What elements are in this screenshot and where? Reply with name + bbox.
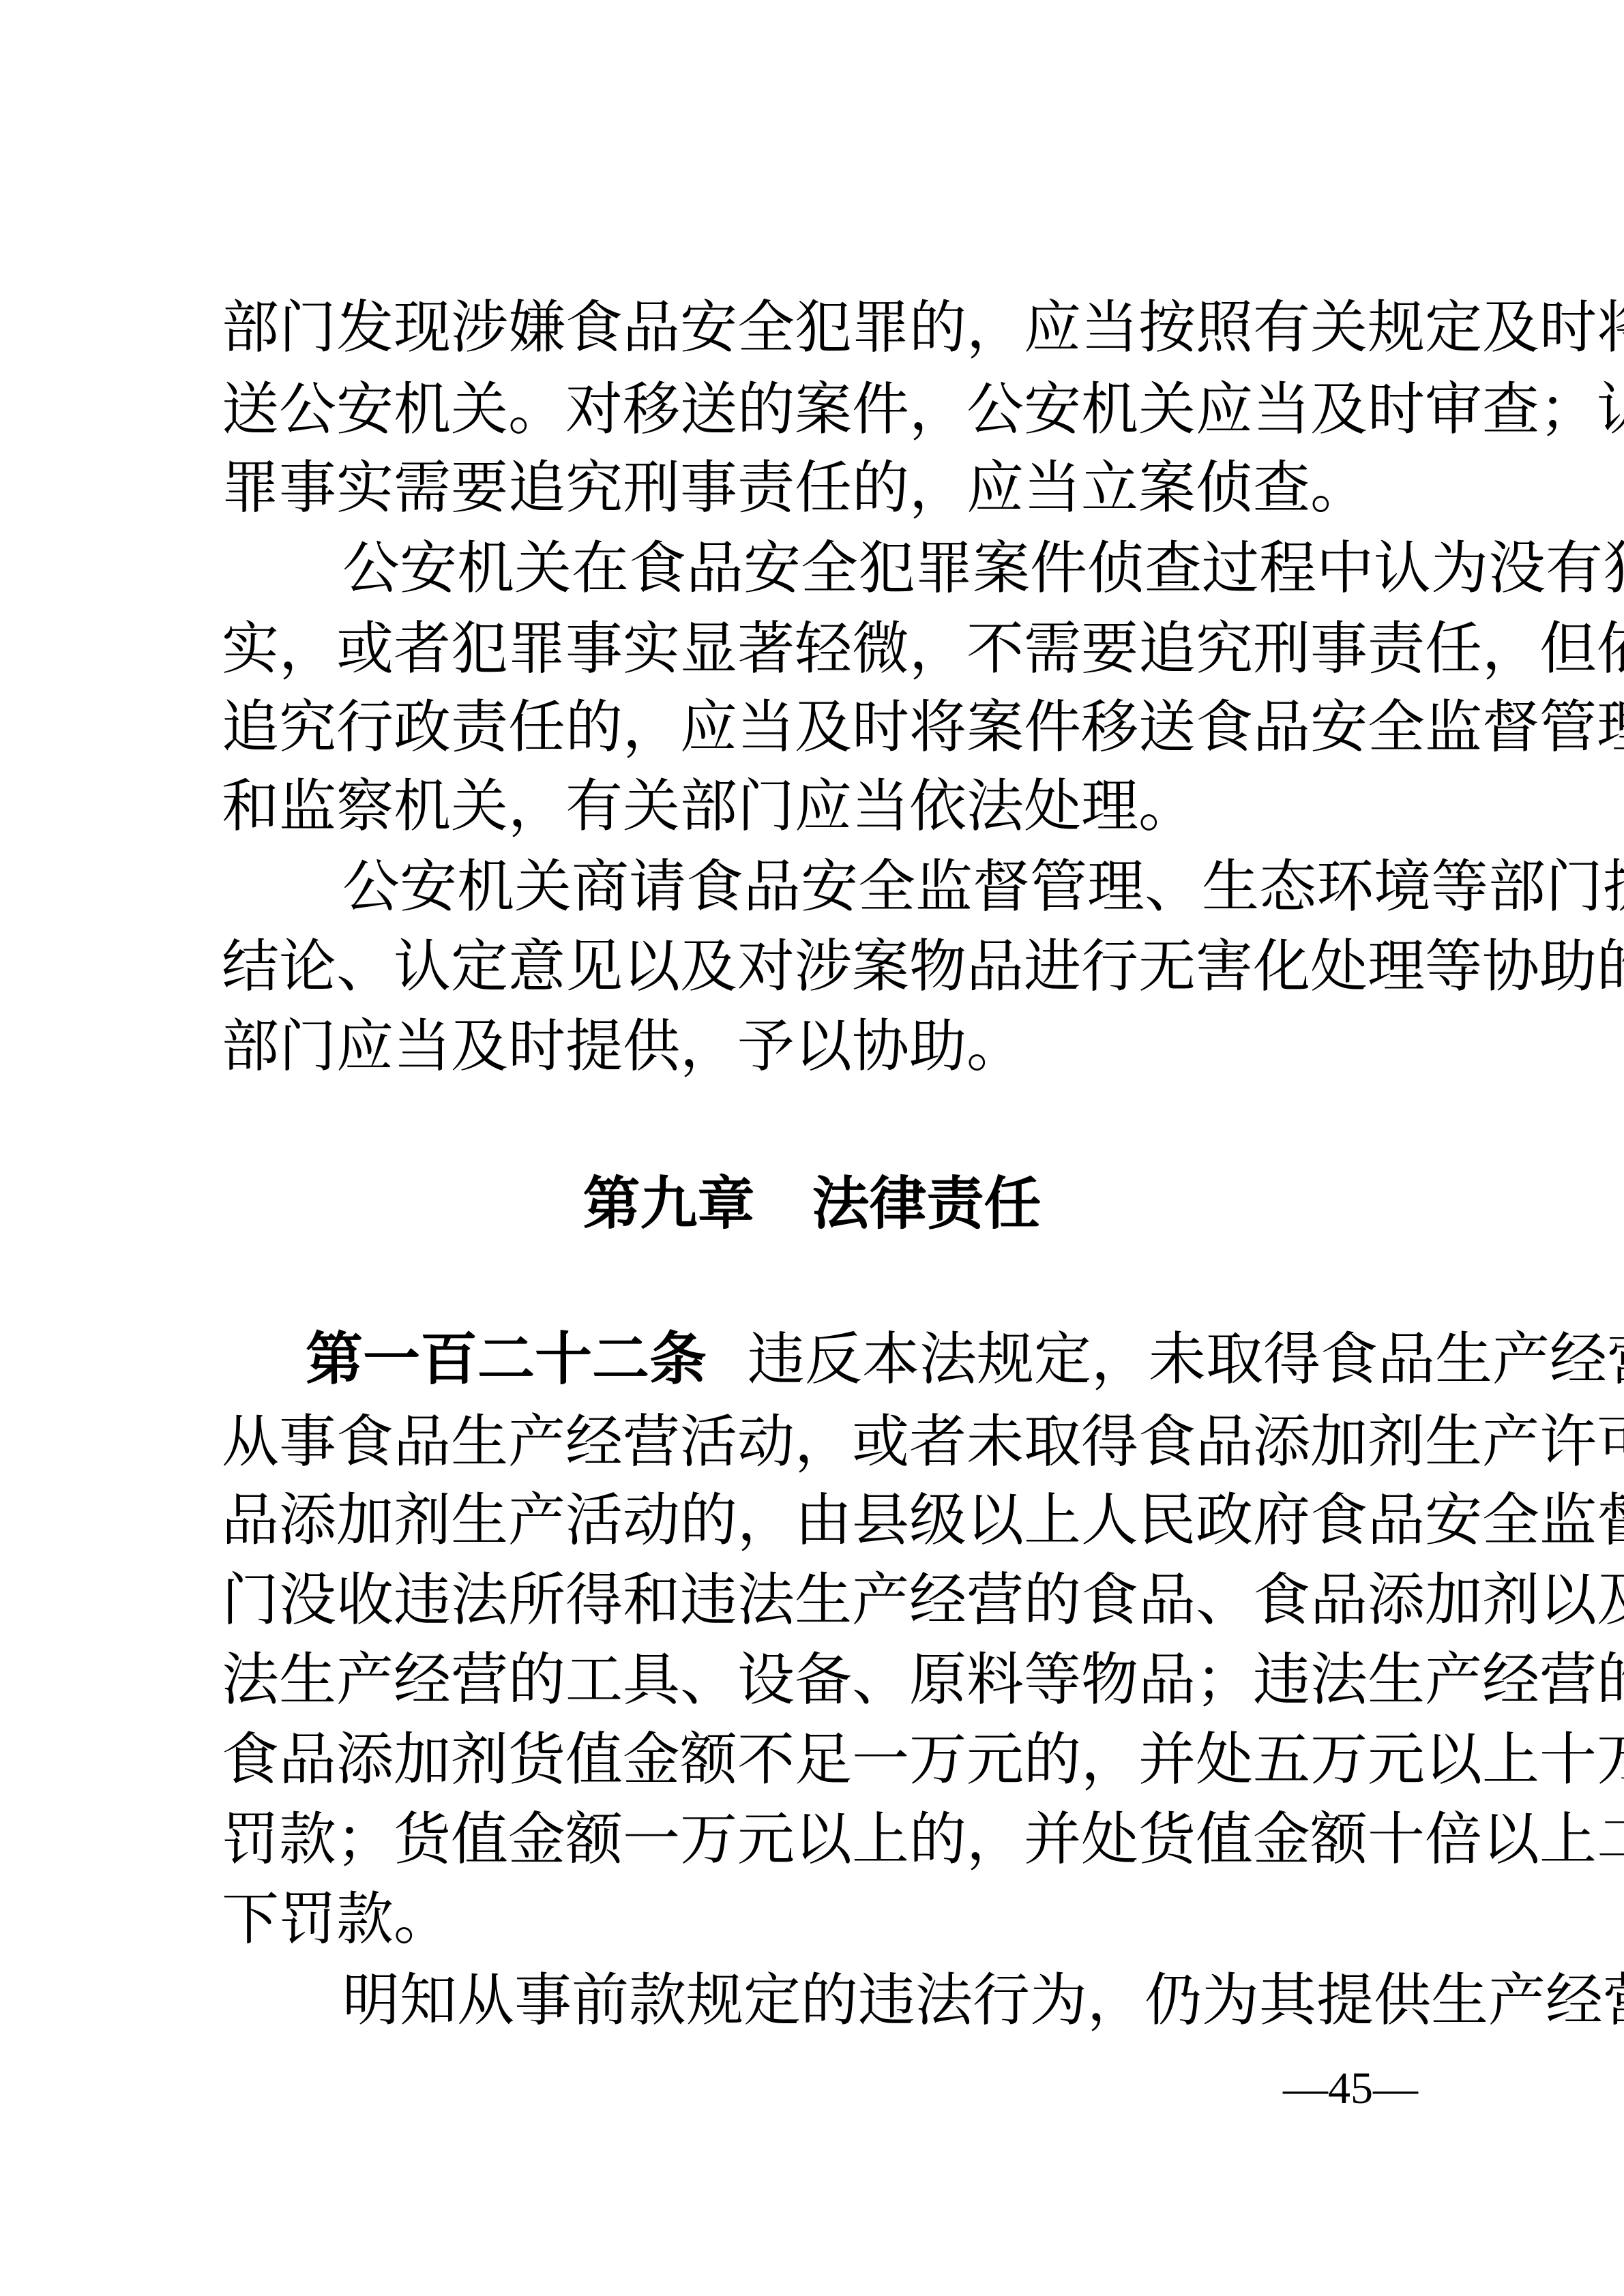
article-line-8: 下罚款。 <box>222 1878 1433 1960</box>
article-paragraph-2-line-1: 明知从事前款规定的违法行为，仍为其提供生产经营场所或 <box>342 1959 1433 2041</box>
article-line-3: 品添加剂生产活动的，由县级以上人民政府食品安全监督管理部 <box>222 1479 1433 1561</box>
paragraph-3-line-3: 部门应当及时提供，予以协助。 <box>222 1005 1433 1087</box>
chapter-heading: 第九章法律责任 <box>0 1163 1624 1244</box>
page-number: —45— <box>1269 2061 1432 2116</box>
paragraph-2-line-4: 和监察机关，有关部门应当依法处理。 <box>222 765 1433 847</box>
chapter-title: 法律责任 <box>812 1170 1042 1237</box>
document-page: 部门发现涉嫌食品安全犯罪的，应当按照有关规定及时将案件移 送公安机关。对移送的案… <box>0 0 1624 2296</box>
chapter-number: 第九章 <box>582 1170 754 1237</box>
paragraph-2-line-3: 追究行政责任的，应当及时将案件移送食品安全监督管理等部门 <box>222 686 1433 768</box>
paragraph-2-line-1: 公安机关在食品安全犯罪案件侦查过程中认为没有犯罪事 <box>342 527 1433 609</box>
paragraph-3-line-1: 公安机关商请食品安全监督管理、生态环境等部门提供检验 <box>342 846 1433 927</box>
article-line-4: 门没收违法所得和违法生产经营的食品、食品添加剂以及用于违 <box>222 1559 1433 1641</box>
paragraph-1-line-2: 送公安机关。对移送的案件，公安机关应当及时审查；认为有犯 <box>222 368 1433 450</box>
article-line-5: 法生产经营的工具、设备、原料等物品；违法生产经营的食品、 <box>222 1639 1433 1720</box>
article-first-line: 第一百二十二条违反本法规定，未取得食品生产经营许可 <box>306 1318 1433 1400</box>
paragraph-3-line-2: 结论、认定意见以及对涉案物品进行无害化处理等协助的，有关 <box>222 925 1433 1007</box>
paragraph-1-line-1: 部门发现涉嫌食品安全犯罪的，应当按照有关规定及时将案件移 <box>222 286 1433 368</box>
paragraph-2-line-2: 实，或者犯罪事实显著轻微，不需要追究刑事责任，但依法应当 <box>222 608 1433 689</box>
article-label: 第一百二十二条 <box>306 1326 707 1392</box>
article-line-7: 罚款；货值金额一万元以上的，并处货值金额十倍以上二十倍以 <box>222 1798 1433 1880</box>
paragraph-1-line-3: 罪事实需要追究刑事责任的，应当立案侦查。 <box>222 447 1433 528</box>
article-first-line-text: 违反本法规定，未取得食品生产经营许可 <box>748 1326 1624 1392</box>
article-line-6: 食品添加剂货值金额不足一万元的，并处五万元以上十万元以下 <box>222 1718 1433 1800</box>
article-line-2: 从事食品生产经营活动，或者未取得食品添加剂生产许可从事食 <box>222 1401 1433 1482</box>
